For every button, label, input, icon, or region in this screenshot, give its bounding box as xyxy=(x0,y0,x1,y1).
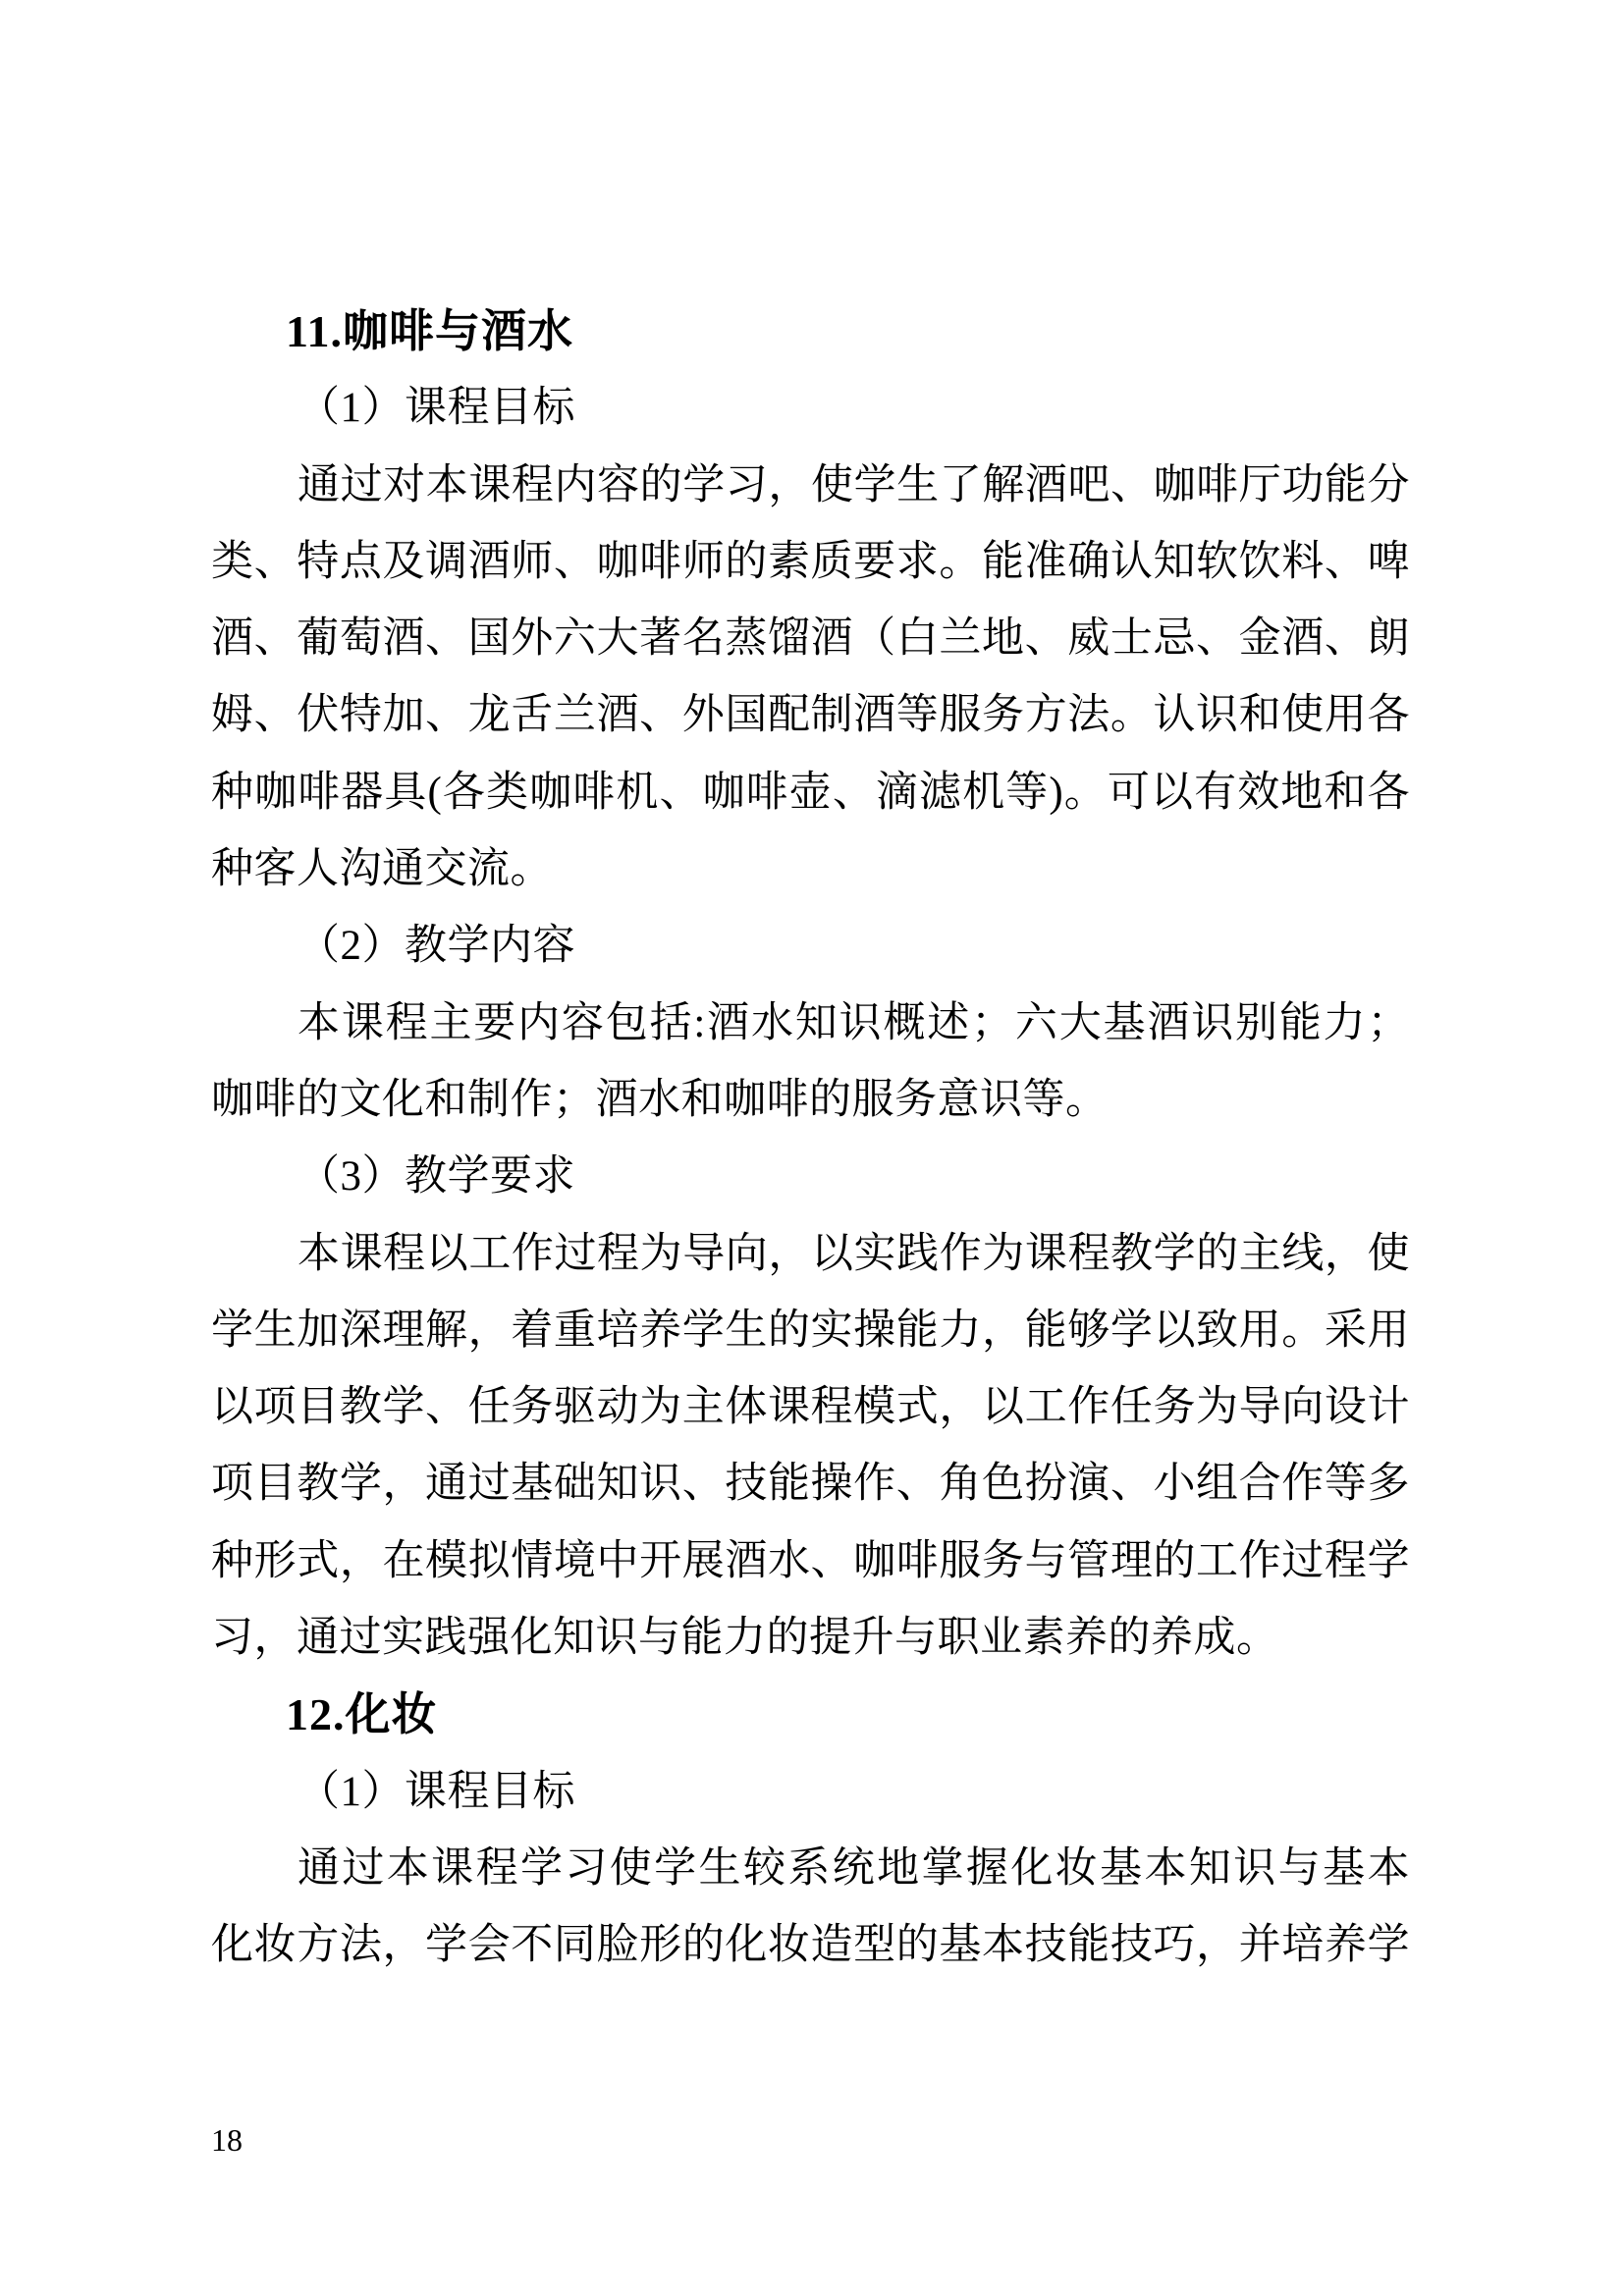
paragraph-line: 本课程以工作过程为导向，以实践作为课程教学的主线，使 xyxy=(211,1216,1410,1293)
text-block: 11.咖啡与酒水 （1）课程目标 通过对本课程内容的学习，使学生了解酒吧、咖啡厅… xyxy=(211,294,1410,1985)
section-heading-11: 11.咖啡与酒水 xyxy=(211,294,1410,370)
paragraph-line: 种形式，在模拟情境中开展酒水、咖啡服务与管理的工作过程学 xyxy=(211,1523,1410,1600)
paragraph-line: 咖啡的文化和制作；酒水和咖啡的服务意识等。 xyxy=(211,1062,1410,1139)
paragraph-line: 学生加深理解，着重培养学生的实操能力，能够学以致用。采用 xyxy=(211,1293,1410,1369)
document-page: 11.咖啡与酒水 （1）课程目标 通过对本课程内容的学习，使学生了解酒吧、咖啡厅… xyxy=(0,0,1624,2296)
subsection-heading-1-3: （3）教学要求 xyxy=(211,1139,1410,1215)
paragraph-line: 种客人沟通交流。 xyxy=(211,831,1410,908)
paragraph-line: 酒、葡萄酒、国外六大著名蒸馏酒（白兰地、威士忌、金酒、朗 xyxy=(211,601,1410,677)
paragraph-line: 以项目教学、任务驱动为主体课程模式，以工作任务为导向设计 xyxy=(211,1369,1410,1446)
paragraph-line: 种咖啡器具(各类咖啡机、咖啡壶、滴滤机等)。可以有效地和各 xyxy=(211,755,1410,831)
page-number: 18 xyxy=(211,2116,243,2163)
paragraph-line: 类、特点及调酒师、咖啡师的素质要求。能准确认知软饮料、啤 xyxy=(211,524,1410,601)
paragraph-line: 姆、伏特加、龙舌兰酒、外国配制酒等服务方法。认识和使用各 xyxy=(211,677,1410,754)
paragraph-line: 项目教学，通过基础知识、技能操作、角色扮演、小组合作等多 xyxy=(211,1446,1410,1522)
subsection-heading-1-2: （2）教学内容 xyxy=(211,908,1410,985)
section-heading-12: 12.化妆 xyxy=(211,1677,1410,1753)
paragraph-line: 本课程主要内容包括:酒水知识概述；六大基酒识别能力； xyxy=(211,986,1410,1062)
subsection-heading-2-1: （1）课程目标 xyxy=(211,1754,1410,1831)
paragraph-line: 习，通过实践强化知识与能力的提升与职业素养的养成。 xyxy=(211,1600,1410,1677)
subsection-heading-1-1: （1）课程目标 xyxy=(211,370,1410,447)
paragraph-line: 化妆方法，学会不同脸形的化妆造型的基本技能技巧，并培养学 xyxy=(211,1907,1410,1984)
paragraph-line: 通过本课程学习使学生较系统地掌握化妆基本知识与基本 xyxy=(211,1831,1410,1907)
paragraph-line: 通过对本课程内容的学习，使学生了解酒吧、咖啡厅功能分 xyxy=(211,448,1410,524)
